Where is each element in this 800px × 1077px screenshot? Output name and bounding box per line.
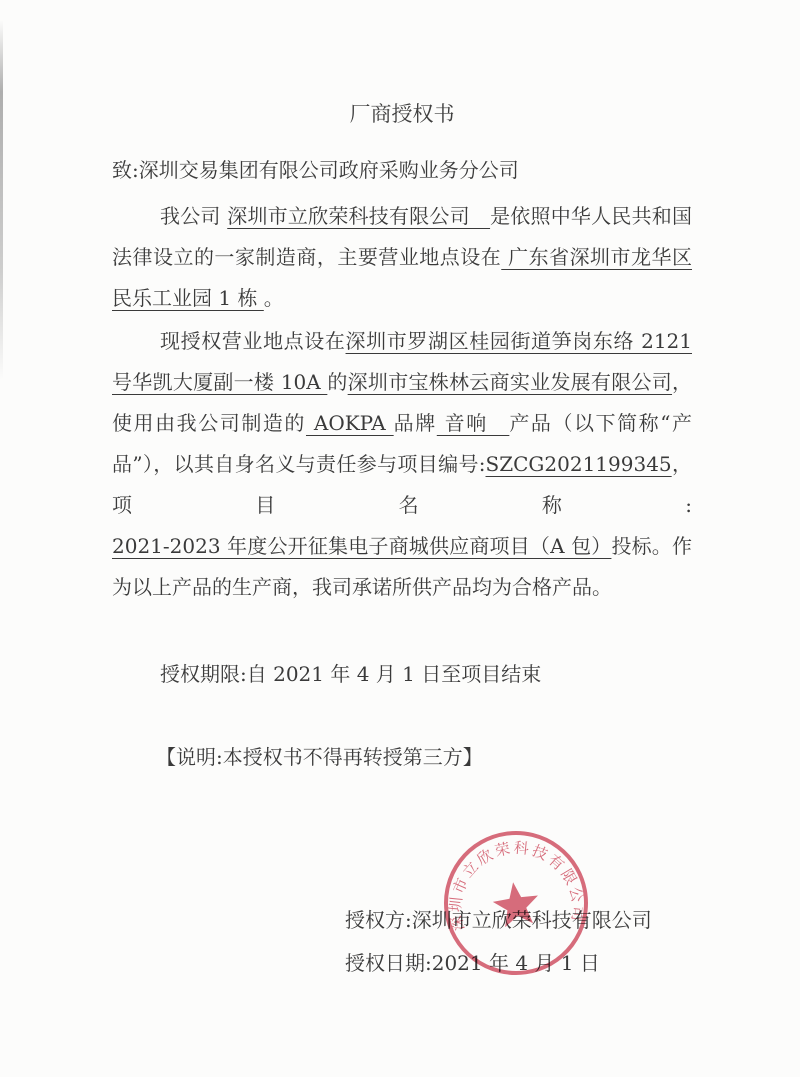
underlined-text-run: SZCG2021199345 xyxy=(486,452,672,476)
authorization-date-line: 授权日期:2021 年 4 月 1 日 xyxy=(345,942,692,985)
validity-period-line: 授权期限:自 2021 年 4 月 1 日至项目结束 xyxy=(112,654,692,695)
text-run: 现授权营业地点设在 xyxy=(160,329,346,353)
authorizer-line: 授权方:深圳市立欣荣科技有限公司 xyxy=(345,899,692,942)
text-run: 。 xyxy=(264,286,284,310)
underlined-text-run: AOKPA xyxy=(306,411,394,435)
text-run: 品牌 xyxy=(394,411,437,435)
text-run: 的 xyxy=(327,370,347,394)
document-content: 厂商授权书 致:深圳交易集团有限公司政府采购业务分公司 我公司 深圳市立欣荣科技… xyxy=(0,0,800,985)
underlined-text-run: 深圳市立欣荣科技有限公司 xyxy=(227,204,490,228)
recipient-line: 致:深圳交易集团有限公司政府采购业务分公司 xyxy=(112,150,692,191)
underlined-text-run: 深圳市宝株林云商实业发展有限公司 xyxy=(348,370,672,394)
note-line: 【说明:本授权书不得再转授第三方】 xyxy=(112,737,692,778)
underlined-text-run: 音响 xyxy=(437,411,510,435)
document-title: 厂商授权书 xyxy=(112,100,692,128)
paragraph-company-intro: 我公司 深圳市立欣荣科技有限公司 是依照中华人民共和国法律设立的一家制造商，主要… xyxy=(112,196,692,319)
text-run: 我公司 xyxy=(160,204,227,228)
signature-block: 授权方:深圳市立欣荣科技有限公司 授权日期:2021 年 4 月 1 日 xyxy=(345,899,692,985)
scanned-document-page: 厂商授权书 致:深圳交易集团有限公司政府采购业务分公司 我公司 深圳市立欣荣科技… xyxy=(0,0,800,1077)
underlined-text-run: 2021-2023 年度公开征集电子商城供应商项目（A 包） xyxy=(112,534,611,558)
paragraph-authorization-body: 现授权营业地点设在深圳市罗湖区桂园街道笋岗东络 2121 号华凯大厦副一楼 10… xyxy=(112,321,692,608)
